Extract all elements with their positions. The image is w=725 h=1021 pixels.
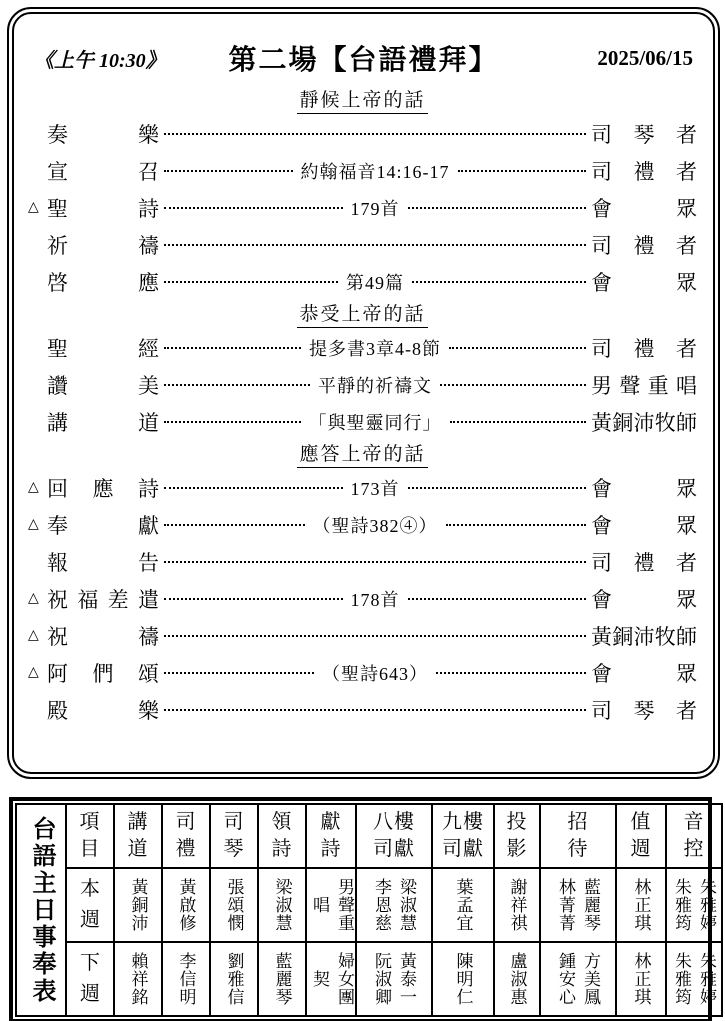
duty-names: 盧淑惠	[505, 952, 530, 1006]
duty-col-liturgist: 司 禮	[162, 804, 210, 868]
duty-table-side-title: 台語主日事奉表	[16, 804, 66, 1016]
dotted-leader	[164, 244, 586, 246]
duty-cell: 黃啟修	[162, 868, 210, 942]
duty-names: 藍麗琴 林菁菁	[553, 878, 603, 932]
item-prefix: △	[28, 590, 47, 607]
duty-col-anthem: 獻 詩	[306, 804, 356, 868]
duty-names: 陳明仁	[451, 952, 476, 1006]
page-title: 第二場【台語禮拜】	[228, 38, 498, 78]
item-label: 聖詩	[47, 193, 159, 223]
duty-names: 張頌憫	[222, 878, 247, 932]
item-value: 173首	[348, 475, 403, 501]
program-item: 報告 司禮者	[28, 543, 697, 580]
item-performer: 司琴者	[591, 119, 697, 149]
item-label: 奏樂	[47, 119, 159, 149]
item-performer: 司禮者	[591, 156, 697, 186]
program-item: 祈禱 司禮者	[28, 226, 697, 263]
item-performer: 會眾	[591, 584, 697, 614]
item-label: 讚美	[47, 370, 159, 400]
item-prefix: △	[28, 479, 47, 496]
section-heading-text: 應答上帝的話	[297, 444, 427, 468]
item-label: 聖經	[47, 333, 159, 363]
duty-names: 婦女團契	[307, 944, 356, 1014]
duty-cell: 梁淑慧	[258, 868, 306, 942]
duty-names: 梁淑慧 李恩慈	[369, 878, 419, 932]
dotted-leader	[164, 524, 305, 526]
dotted-leader	[164, 421, 301, 423]
section-heading-text: 恭受上帝的話	[297, 304, 427, 328]
item-prefix: △	[28, 664, 47, 681]
duty-cell: 林正琪	[616, 868, 666, 942]
duty-cell: 朱雅婷 朱雅筠	[666, 942, 722, 1016]
dotted-leader	[449, 347, 586, 349]
duty-names: 男聲重唱	[307, 870, 356, 940]
dotted-leader	[164, 598, 343, 600]
duty-cell: 盧淑惠	[494, 942, 540, 1016]
dotted-leader	[412, 281, 586, 283]
dotted-leader	[450, 421, 587, 423]
item-performer: 黃銅沛牧師	[591, 621, 697, 651]
duty-cell: 朱雅婷 朱雅筠	[666, 868, 722, 942]
program-item: 讚美 平靜的祈禱文 男聲重唱	[28, 366, 697, 403]
duty-col-sound: 音 控	[666, 804, 722, 868]
item-prefix: △	[28, 516, 47, 533]
program-item: 宣召 約翰福音14:16-17 司禮者	[28, 152, 697, 189]
duty-col-ushers: 招 待	[540, 804, 616, 868]
duty-col-song-leader: 領 詩	[258, 804, 306, 868]
duty-cell: 藍麗琴 林菁菁	[540, 868, 616, 942]
duty-cell: 林正琪	[616, 942, 666, 1016]
duty-col-sermon: 講 道	[114, 804, 162, 868]
duty-cell: 賴祥銘	[114, 942, 162, 1016]
program-item: △ 回應詩 173首 會眾	[28, 469, 697, 506]
section-heading: 恭受上帝的話	[28, 300, 697, 329]
item-performer: 黃銅沛牧師	[591, 407, 697, 437]
item-label: 啓應	[47, 267, 159, 297]
item-label: 殿樂	[47, 695, 159, 725]
item-value: （聖詩643）	[319, 660, 431, 686]
item-performer: 會眾	[591, 473, 697, 503]
dotted-leader	[436, 672, 586, 674]
duty-col-offering-8f: 八樓 司獻	[356, 804, 432, 868]
dotted-leader	[164, 207, 343, 209]
duty-names: 藍麗琴	[270, 952, 295, 1006]
item-label: 宣召	[47, 156, 159, 186]
duty-names: 劉雅信	[222, 952, 247, 1006]
duty-cell: 婦女團契	[306, 942, 356, 1016]
duty-cell: 黃泰一 阮淑卿	[356, 942, 432, 1016]
program-box: 《上午 10:30》 第二場【台語禮拜】 2025/06/15 靜候上帝的話 奏…	[7, 7, 720, 779]
item-label: 講道	[47, 407, 159, 437]
item-label: 祝福差遣	[47, 584, 159, 614]
dotted-leader	[164, 384, 310, 386]
duty-names: 林正琪	[629, 878, 654, 932]
item-prefix: △	[28, 627, 47, 644]
item-label: 祈禱	[47, 230, 159, 260]
item-performer: 會眾	[591, 193, 697, 223]
duty-cell: 男聲重唱	[306, 868, 356, 942]
program-item: △ 聖詩 179首 會眾	[28, 189, 697, 226]
duty-table: 台語主日事奉表 項 目 講 道 司 禮 司 琴 領 詩 獻 詩 八樓 司獻 九樓…	[15, 803, 723, 1017]
duty-cell: 葉孟宜	[432, 868, 494, 942]
dotted-leader	[164, 635, 586, 637]
item-performer: 會眾	[591, 267, 697, 297]
service-time: 《上午 10:30》	[34, 44, 166, 73]
duty-col-projection: 投 影	[494, 804, 540, 868]
duty-names: 賴祥銘	[126, 952, 151, 1006]
item-label: 回應詩	[47, 473, 159, 503]
program-item: 聖經 提多書3章4-8節 司禮者	[28, 329, 697, 366]
dotted-leader	[164, 347, 301, 349]
program-item: 殿樂 司琴者	[28, 691, 697, 728]
program-item: △ 奉獻 （聖詩382④） 會眾	[28, 506, 697, 543]
duty-side-title-text: 台語主日事奉表	[19, 816, 63, 1005]
dotted-leader	[408, 487, 587, 489]
item-performer: 司禮者	[591, 547, 697, 577]
duty-names: 朱雅婷 朱雅筠	[669, 952, 719, 1006]
duty-col-offering-9f: 九樓 司獻	[432, 804, 494, 868]
duty-cell: 方美鳳 鍾安心	[540, 942, 616, 1016]
duty-table-frame: 台語主日事奉表 項 目 講 道 司 禮 司 琴 領 詩 獻 詩 八樓 司獻 九樓…	[9, 797, 712, 1021]
item-value: 提多書3章4-8節	[306, 335, 444, 361]
duty-col-item: 項 目	[66, 804, 114, 868]
dotted-leader	[164, 281, 338, 283]
duty-cell: 藍麗琴	[258, 942, 306, 1016]
item-label: 阿們頌	[47, 658, 159, 688]
program-item: 講道 「與聖靈同行」 黃銅沛牧師	[28, 403, 697, 440]
duty-cell: 張頌憫	[210, 868, 258, 942]
dotted-leader	[408, 598, 587, 600]
dotted-leader	[164, 133, 586, 135]
duty-names: 葉孟宜	[451, 878, 476, 932]
item-value: 第49篇	[343, 269, 407, 295]
duty-names: 黃銅沛	[126, 878, 151, 932]
item-value: 178首	[348, 586, 403, 612]
program-item: △ 阿們頌 （聖詩643） 會眾	[28, 654, 697, 691]
item-value: 179首	[348, 195, 403, 221]
duty-names: 林正琪	[629, 952, 654, 1006]
item-performer: 司禮者	[591, 230, 697, 260]
duty-names: 謝祥祺	[505, 878, 530, 932]
program-item: △ 祝禱 黃銅沛牧師	[28, 617, 697, 654]
duty-names: 黃泰一 阮淑卿	[369, 952, 419, 1006]
item-value: （聖詩382④）	[310, 512, 441, 538]
duty-row-next-week: 下 週 賴祥銘 李信明 劉雅信 藍麗琴 婦女團契 黃泰一 阮淑卿 陳明仁 盧淑惠…	[16, 942, 722, 1016]
item-value: 平靜的祈禱文	[315, 372, 435, 398]
duty-names: 梁淑慧	[270, 878, 295, 932]
program-item: 啓應 第49篇 會眾	[28, 263, 697, 300]
dotted-leader	[446, 524, 587, 526]
item-performer: 司琴者	[591, 695, 697, 725]
duty-col-week-duty: 值 週	[616, 804, 666, 868]
item-performer: 男聲重唱	[591, 370, 697, 400]
bulletin-page: 《上午 10:30》 第二場【台語禮拜】 2025/06/15 靜候上帝的話 奏…	[0, 0, 725, 1021]
section-heading: 應答上帝的話	[28, 440, 697, 469]
dotted-leader	[164, 709, 586, 711]
duty-col-pianist: 司 琴	[210, 804, 258, 868]
dotted-leader	[458, 170, 587, 172]
item-performer: 會眾	[591, 510, 697, 540]
item-prefix: △	[28, 199, 47, 216]
item-label: 祝禱	[47, 621, 159, 651]
item-value: 約翰福音14:16-17	[298, 158, 453, 184]
dotted-leader	[164, 170, 293, 172]
duty-cell: 梁淑慧 李恩慈	[356, 868, 432, 942]
item-performer: 會眾	[591, 658, 697, 688]
dotted-leader	[440, 384, 586, 386]
duty-cell: 劉雅信	[210, 942, 258, 1016]
duty-row-label: 本 週	[66, 868, 114, 942]
item-label: 奉獻	[47, 510, 159, 540]
item-label: 報告	[47, 547, 159, 577]
duty-cell: 謝祥祺	[494, 868, 540, 942]
duty-names: 方美鳳 鍾安心	[553, 952, 603, 1006]
program-box-inner: 《上午 10:30》 第二場【台語禮拜】 2025/06/15 靜候上帝的話 奏…	[12, 12, 715, 774]
item-value: 「與聖靈同行」	[306, 409, 445, 435]
program-header: 《上午 10:30》 第二場【台語禮拜】 2025/06/15	[28, 24, 697, 86]
program-item: 奏樂 司琴者	[28, 115, 697, 152]
duty-names: 朱雅婷 朱雅筠	[669, 878, 719, 932]
section-heading: 靜候上帝的話	[28, 86, 697, 115]
dotted-leader	[164, 672, 314, 674]
duty-cell: 陳明仁	[432, 942, 494, 1016]
duty-cell: 黃銅沛	[114, 868, 162, 942]
dotted-leader	[164, 487, 343, 489]
duty-row-label: 下 週	[66, 942, 114, 1016]
duty-names: 黃啟修	[174, 878, 199, 932]
service-date: 2025/06/15	[597, 46, 693, 71]
program-item: △ 祝福差遣 178首 會眾	[28, 580, 697, 617]
duty-names: 李信明	[174, 952, 199, 1006]
dotted-leader	[164, 561, 586, 563]
duty-header-row: 台語主日事奉表 項 目 講 道 司 禮 司 琴 領 詩 獻 詩 八樓 司獻 九樓…	[16, 804, 722, 868]
duty-row-this-week: 本 週 黃銅沛 黃啟修 張頌憫 梁淑慧 男聲重唱 梁淑慧 李恩慈 葉孟宜 謝祥祺…	[16, 868, 722, 942]
duty-cell: 李信明	[162, 942, 210, 1016]
item-performer: 司禮者	[591, 333, 697, 363]
section-heading-text: 靜候上帝的話	[297, 90, 427, 114]
dotted-leader	[408, 207, 587, 209]
